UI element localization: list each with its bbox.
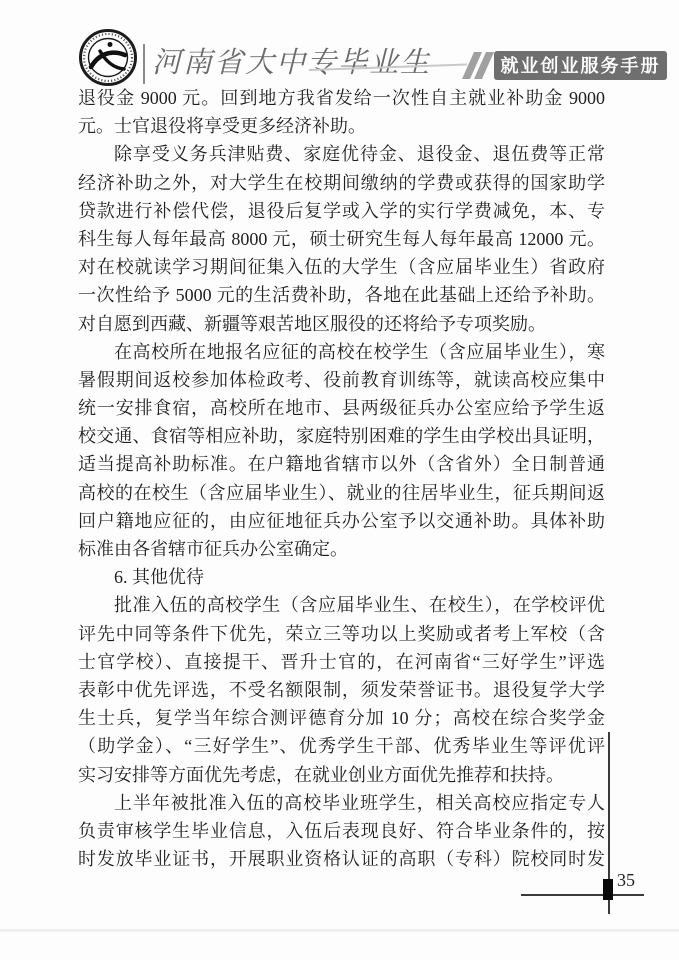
text-line: 6. 其他优待 — [78, 563, 605, 591]
text-line: 在高校所在地报名应征的高校在校学生（含应届毕业生），寒 — [78, 338, 605, 366]
handbook-badge-label: 就业创业服务手册 — [501, 56, 661, 76]
text-line: 士官学校）、直接提干、晋升士官的，在河南省“三好学生”评选 — [78, 648, 605, 676]
text-line: 暑假期间返校参加体检政考、役前教育训练等，就读高校应集中 — [78, 366, 605, 394]
text-line: 负责审核学生毕业信息，入伍后表现良好、符合毕业条件的，按 — [78, 817, 605, 845]
text-line: 回户籍地应征的，由应征地征兵办公室予以交通补助。具体补助 — [78, 507, 605, 535]
text-line: 时发放毕业证书，开展职业资格认证的高职（专科）院校同时发 — [78, 845, 605, 873]
page-number: 35 — [617, 869, 635, 891]
school-emblem-logo-icon — [79, 29, 137, 86]
text-line: 统一安排食宿，高校所在地市、县两级征兵办公室应给予学生返 — [78, 394, 605, 422]
text-line: 实习安排等方面优先考虑，在就业创业方面优先推荐和扶持。 — [78, 761, 605, 789]
text-line: 评先中同等条件下优先，荣立三等功以上奖励或者考上军校（含 — [78, 620, 605, 648]
text-line: 经济补助之外，对大学生在校期间缴纳的学费或获得的国家助学 — [78, 169, 605, 197]
text-line: （助学金）、“三好学生”、优秀学生干部、优秀毕业生等评优评先、 — [78, 732, 605, 760]
text-line: 校交通、食宿等相应补助，家庭特别困难的学生由学校出具证明， — [78, 422, 605, 450]
text-line: 表彰中优先评选，不受名额限制，须发荣誉证书。退役复学大学 — [78, 676, 605, 704]
paragraph: 上半年被批准入伍的高校毕业班学生，相关高校应指定专人负责审核学生毕业信息，入伍后… — [78, 789, 605, 874]
paragraph: 批准入伍的高校学生（含应届毕业生、在校生），在学校评优评先中同等条件下优先，荣立… — [78, 591, 605, 788]
text-line: 元。士官退役将享受更多经济补助。 — [78, 112, 605, 140]
body-text: 退役金 9000 元。回到地方我省发给一次性自主就业补助金 9000元。士官退役… — [78, 84, 605, 873]
paragraph: 退役金 9000 元。回到地方我省发给一次性自主就业补助金 9000元。士官退役… — [78, 84, 605, 140]
text-line: 一次性给予 5000 元的生活费补助，各地在此基础上还给予补助。 — [78, 281, 605, 309]
text-line: 贷款进行补偿代偿，退役后复学或入学的实行学费减免，本、专 — [78, 197, 605, 225]
footer-rule — [521, 894, 644, 896]
text-line: 除享受义务兵津贴费、家庭优待金、退役金、退伍费等正常 — [78, 140, 605, 168]
paragraph: 在高校所在地报名应征的高校在校学生（含应届毕业生），寒暑假期间返校参加体检政考、… — [78, 338, 605, 564]
text-line: 科生每人每年最高 8000 元，硕士研究生每人每年最高 12000 元。 — [78, 225, 605, 253]
paragraph: 除享受义务兵津贴费、家庭优待金、退役金、退伍费等正常经济补助之外，对大学生在校期… — [78, 140, 605, 337]
text-line: 标准由各省辖市征兵办公室确定。 — [78, 535, 605, 563]
text-line: 对自愿到西藏、新疆等艰苦地区服役的还将给予专项奖励。 — [78, 310, 605, 338]
text-line: 上半年被批准入伍的高校毕业班学生，相关高校应指定专人 — [78, 789, 605, 817]
document-page: 河南省大中专毕业生 就业创业服务手册 退役金 9000 元。回到地方我省发给一次… — [0, 0, 679, 960]
header-divider — [143, 44, 145, 84]
text-line: 适当提高补助标准。在户籍地省辖市以外（含省外）全日制普通 — [78, 450, 605, 478]
text-line: 生士兵，复学当年综合测评德育分加 10 分；高校在综合奖学金 — [78, 704, 605, 732]
text-line: 高校的在校生（含应届毕业生）、就业的往居毕业生，征兵期间返 — [78, 479, 605, 507]
text-line: 对在校就读学习期间征集入伍的大学生（含应届毕业生）省政府 — [78, 253, 605, 281]
paragraph: 6. 其他优待 — [78, 563, 605, 591]
text-line: 批准入伍的高校学生（含应届毕业生、在校生），在学校评优 — [78, 591, 605, 619]
text-line: 退役金 9000 元。回到地方我省发给一次性自主就业补助金 9000 — [78, 84, 605, 112]
scan-edge-artifact — [0, 929, 679, 932]
brand-title: 河南省大中专毕业生 — [152, 42, 431, 84]
footer-tick — [603, 879, 613, 900]
handbook-badge: 就业创业服务手册 — [494, 51, 667, 80]
